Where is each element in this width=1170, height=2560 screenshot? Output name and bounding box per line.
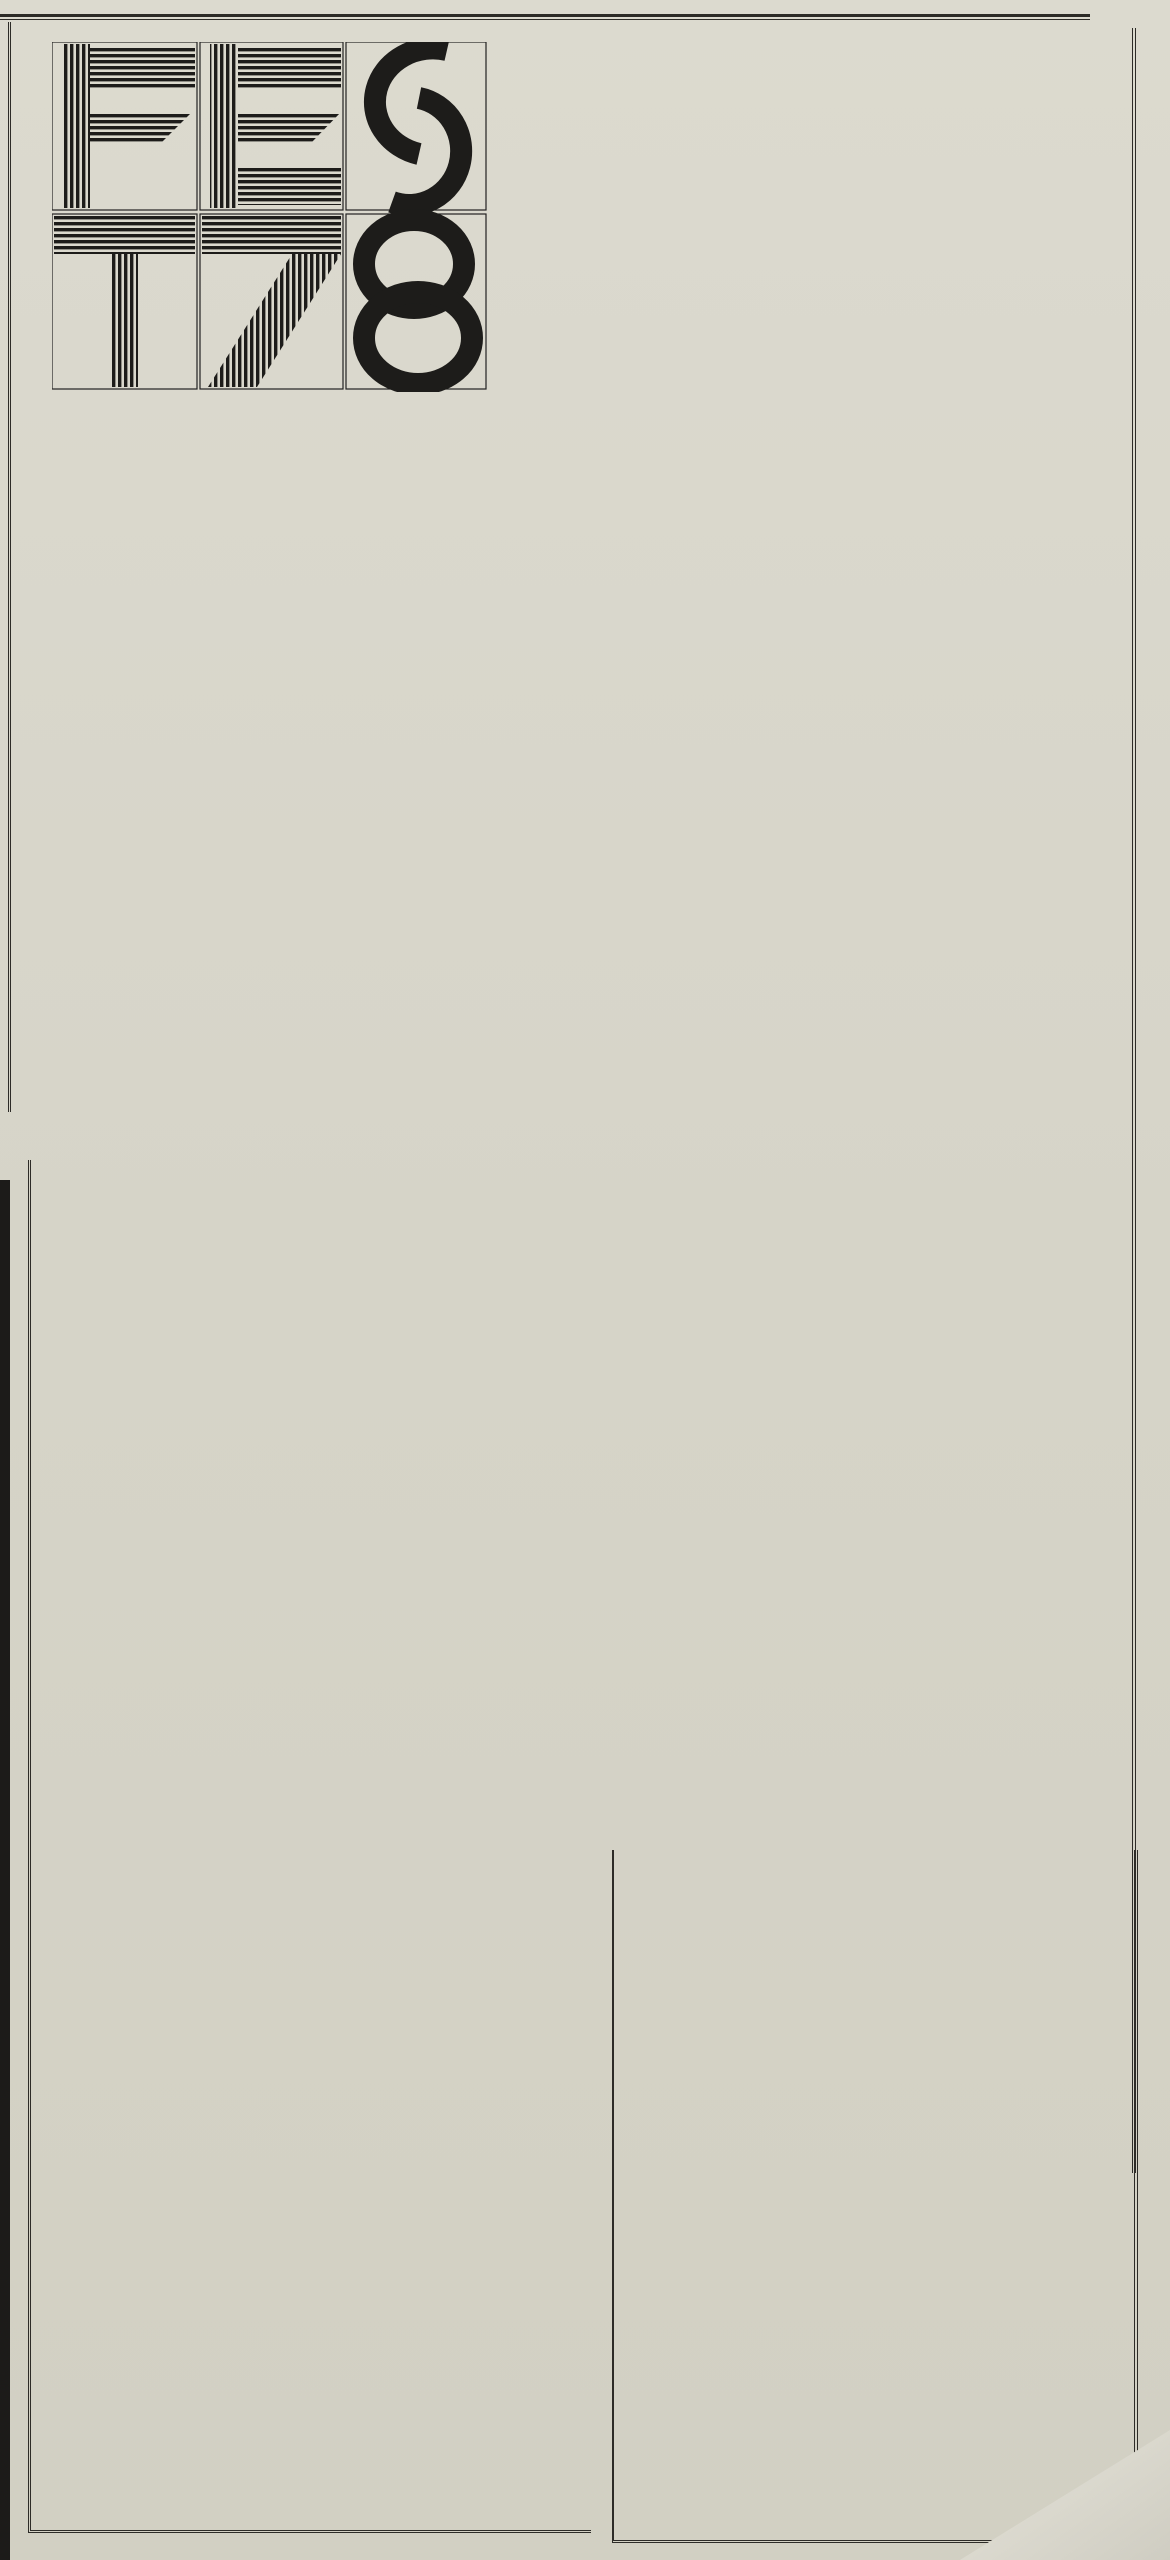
dom-sindikata-frame bbox=[28, 1160, 591, 2533]
intro-text bbox=[72, 500, 552, 518]
kozara-schedule bbox=[608, 55, 1053, 155]
ticket-prices bbox=[72, 778, 554, 792]
page-edge-shadow bbox=[0, 1180, 10, 2560]
top-rule bbox=[0, 14, 1090, 17]
fest-78-logo-icon bbox=[52, 42, 492, 392]
sponsors-frame bbox=[612, 1850, 1138, 2543]
special-programs bbox=[632, 1893, 1052, 1901]
top-rule-thin bbox=[0, 19, 1090, 20]
